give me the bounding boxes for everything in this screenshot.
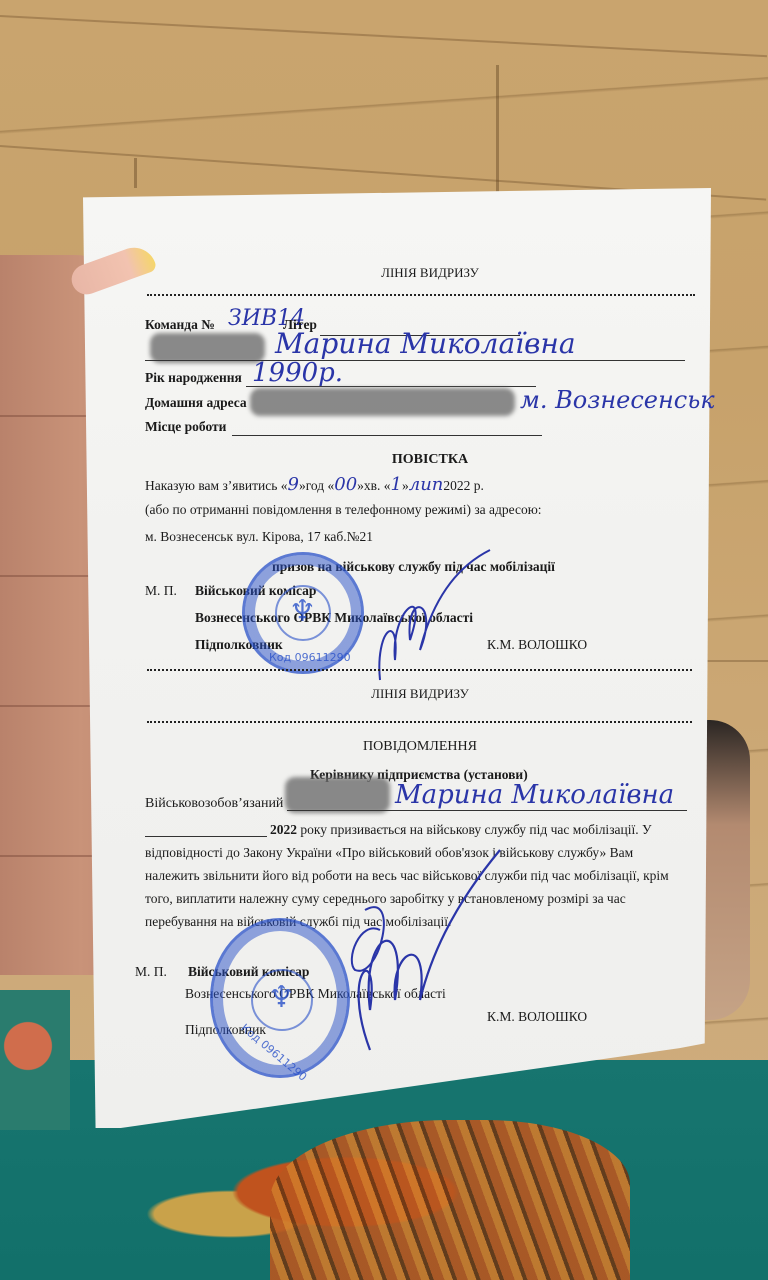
minute-value: 00 xyxy=(334,474,357,495)
notice-title: ПОВІДОМЛЕННЯ xyxy=(320,740,520,754)
conscript-name-value: Марина Миколаївна xyxy=(395,782,674,808)
month-value: лип xyxy=(409,474,444,495)
phone-note: (або по отриманні повідомлення в телефон… xyxy=(145,503,542,517)
trident-icon: ♆ xyxy=(268,983,295,1013)
order-line: Наказую вам з’явитись «9»год «00»хв. «1»… xyxy=(145,476,484,494)
trident-icon: ♆ xyxy=(289,597,316,627)
conscript-underline xyxy=(287,810,687,811)
redacted-address xyxy=(250,388,515,416)
home-address-label: Домашня адреса xyxy=(145,396,247,410)
team-label: Команда № xyxy=(145,318,215,332)
summons-address: м. Вознесенськ вул. Кірова, 17 каб.№21 xyxy=(145,530,373,544)
day-value: 1 xyxy=(391,474,402,495)
mp-label: М. П. xyxy=(135,965,167,979)
official-stamp: ♆ Код 09611290 xyxy=(242,552,364,674)
birth-year-value: 1990р. xyxy=(252,360,343,386)
day-close: » xyxy=(402,478,409,493)
date-underline xyxy=(145,836,267,837)
hour-value: 9 xyxy=(288,474,299,495)
conscript-label: Військовозобов’язаний xyxy=(145,797,283,811)
birth-year-underline xyxy=(246,386,536,387)
stamp-code: Код 09611290 xyxy=(269,651,351,664)
year-text: 2022 р. xyxy=(443,478,484,493)
cut-line xyxy=(147,669,692,671)
workplace-underline xyxy=(232,435,542,436)
cut-line xyxy=(147,721,692,723)
notice-line-1: 2022 року призивається на військову служ… xyxy=(270,823,652,837)
order-prefix: Наказую вам з’явитись « xyxy=(145,478,288,493)
birth-year-label: Рік народження xyxy=(145,371,242,385)
full-name-value: Марина Миколаївна xyxy=(275,330,576,358)
home-address-value: м. Вознесенськ xyxy=(520,388,715,412)
summons-document: ЛІНІЯ ВИДРИЗУ Команда № ЗИВ14 Літер Мари… xyxy=(0,0,768,1280)
minute-label: »хв. « xyxy=(357,478,390,493)
redacted-surname xyxy=(285,777,390,813)
name-underline xyxy=(145,360,685,361)
redacted-surname xyxy=(150,333,265,363)
cut-line-label: ЛІНІЯ ВИДРИЗУ xyxy=(320,687,520,700)
notice-line-1-text: року призивається на військову службу пі… xyxy=(300,822,651,837)
summons-title: ПОВІСТКА xyxy=(330,453,530,467)
mp-label: М. П. xyxy=(145,584,177,598)
notice-year: 2022 xyxy=(270,822,297,837)
hour-label: »год « xyxy=(299,478,334,493)
cut-line-label: ЛІНІЯ ВИДРИЗУ xyxy=(330,266,530,279)
official-stamp: ♆ Код 09611290 xyxy=(210,918,350,1078)
signer-name: К.М. ВОЛОШКО xyxy=(487,638,587,652)
signature xyxy=(340,850,510,1060)
cut-line xyxy=(147,294,695,296)
stamp-code: Код 09611290 xyxy=(238,1021,309,1083)
workplace-label: Місце роботи xyxy=(145,420,226,434)
